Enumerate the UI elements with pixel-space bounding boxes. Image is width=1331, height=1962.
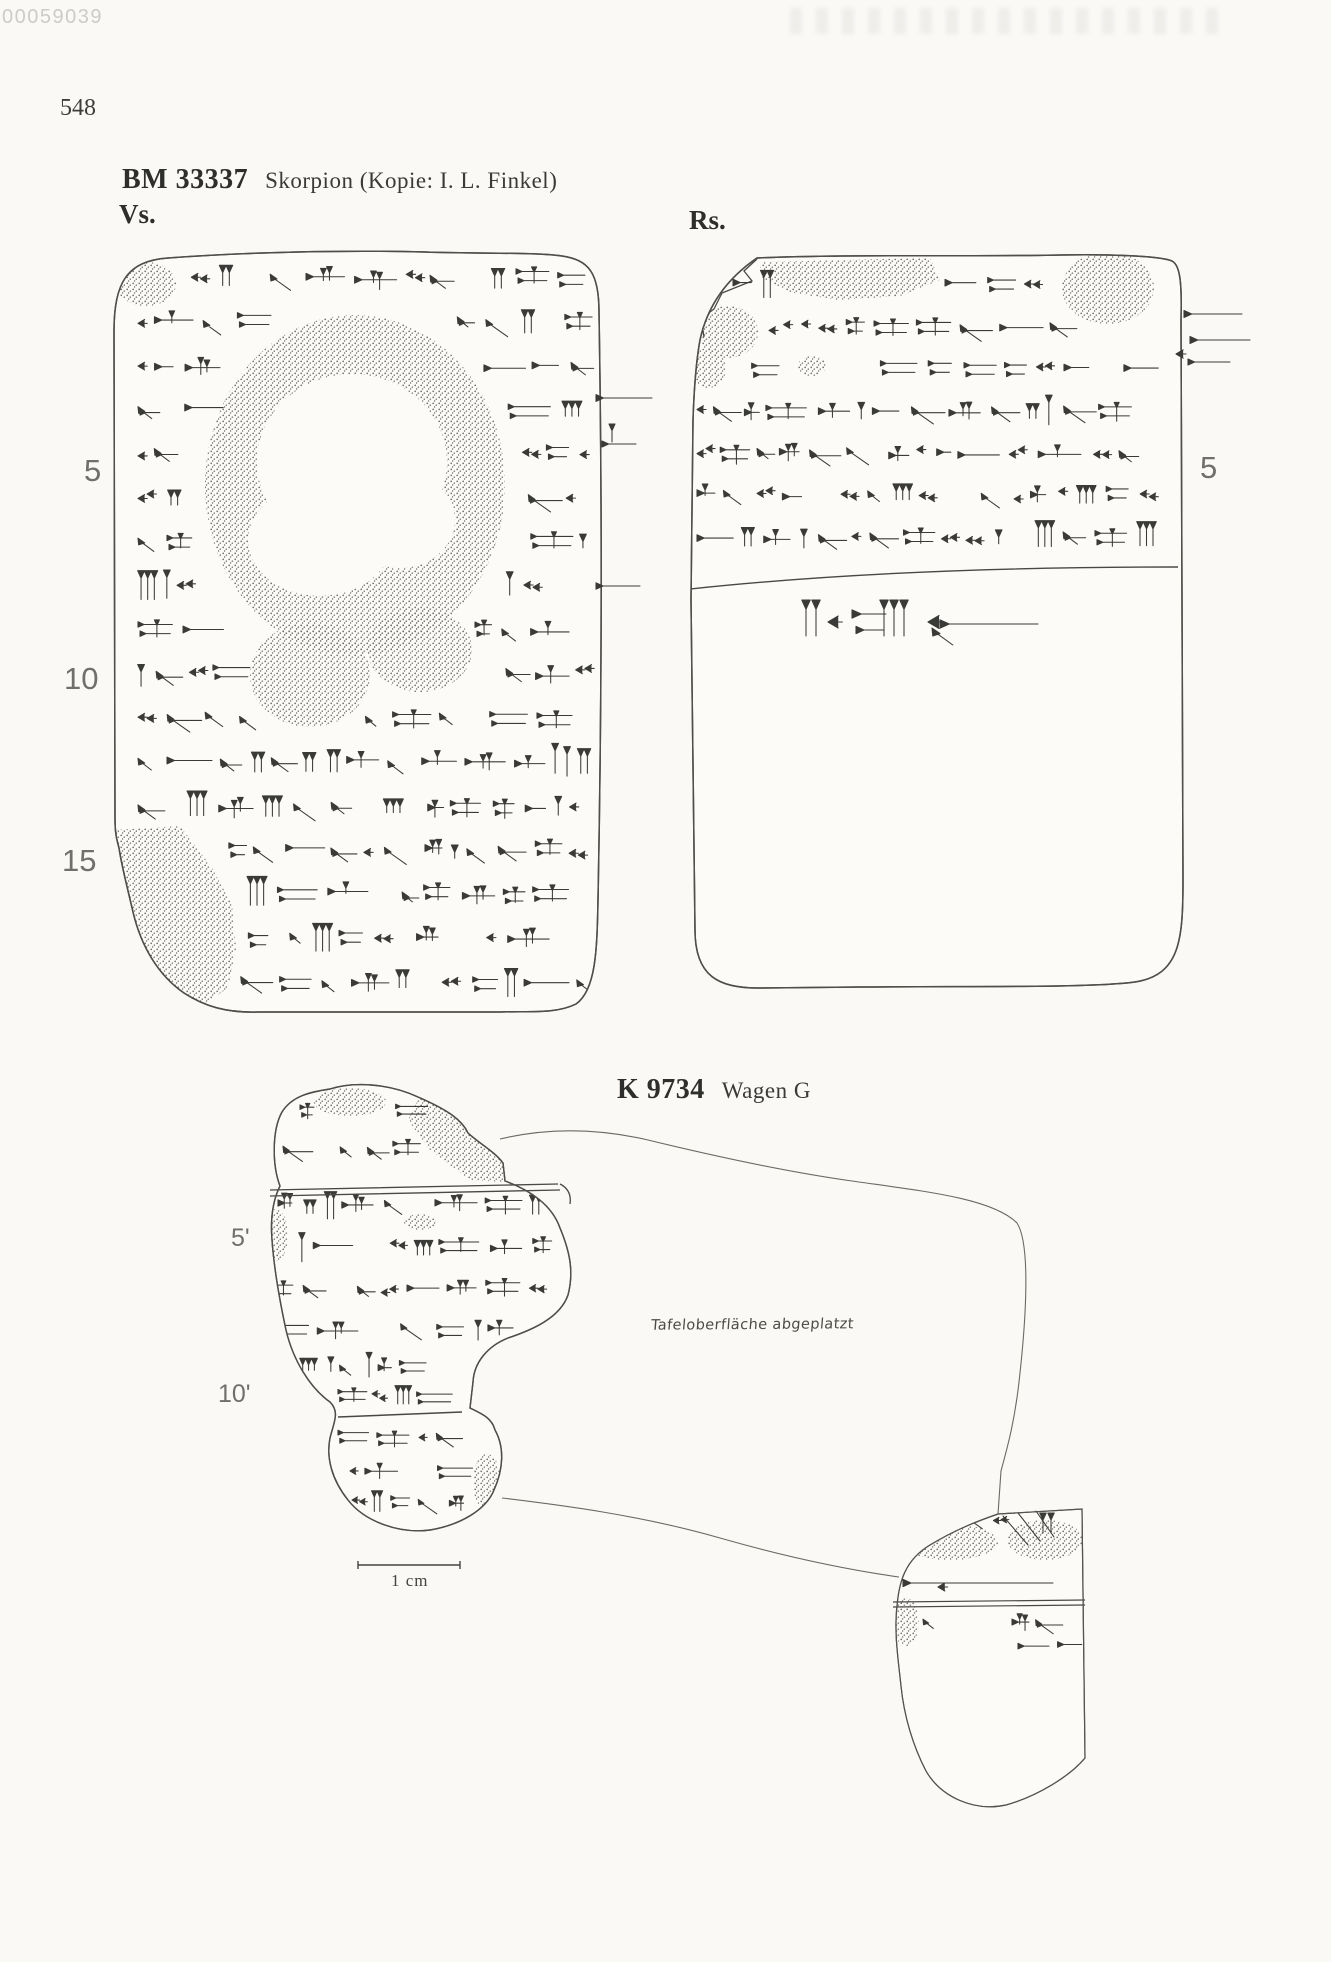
line-number: 10 bbox=[64, 661, 98, 697]
reverse-label: Rs. bbox=[689, 205, 726, 236]
scale-bar bbox=[358, 1561, 460, 1569]
tablet-surface-outline-bottom bbox=[502, 1498, 899, 1577]
k9734-heading: K 9734 Wagen G bbox=[617, 1074, 811, 1106]
bm33337-obverse-drawing bbox=[114, 251, 652, 1012]
protruding-signs bbox=[596, 395, 652, 590]
obverse-label: Vs. bbox=[119, 199, 156, 230]
protruding-signs bbox=[1176, 311, 1250, 366]
line-number: 5' bbox=[231, 1224, 250, 1253]
k9734-inscribed-fragment bbox=[264, 1085, 571, 1531]
scan-number-watermark: 00059039 bbox=[2, 6, 103, 29]
scan-ghosting-artifact bbox=[790, 8, 1220, 34]
line-number: 5 bbox=[1200, 450, 1217, 486]
line-number: 5 bbox=[84, 453, 101, 489]
page-number: 548 bbox=[60, 95, 96, 122]
figures-artwork bbox=[0, 0, 1331, 1962]
k9734-lower-right-fragment bbox=[893, 1509, 1085, 1807]
scanned-page: 00059039 548 BM 33337 Skorpion (Kopie: I… bbox=[0, 0, 1331, 1962]
damage-annotation: Tafeloberfläche abgeplatzt bbox=[650, 1316, 854, 1333]
figure-caption: Wagen G bbox=[722, 1078, 811, 1104]
bm33337-reverse-drawing bbox=[690, 252, 1250, 988]
catalog-number: BM 33337 bbox=[122, 164, 248, 196]
line-number: 15 bbox=[62, 843, 96, 879]
figure-caption: Skorpion (Kopie: I. L. Finkel) bbox=[265, 168, 557, 194]
scale-label: 1 cm bbox=[391, 1571, 429, 1591]
k9734-drawing bbox=[264, 1085, 1085, 1807]
line-number: 10' bbox=[218, 1380, 251, 1409]
bm33337-heading: BM 33337 Skorpion (Kopie: I. L. Finkel) bbox=[122, 164, 557, 196]
catalog-number: K 9734 bbox=[617, 1074, 705, 1106]
